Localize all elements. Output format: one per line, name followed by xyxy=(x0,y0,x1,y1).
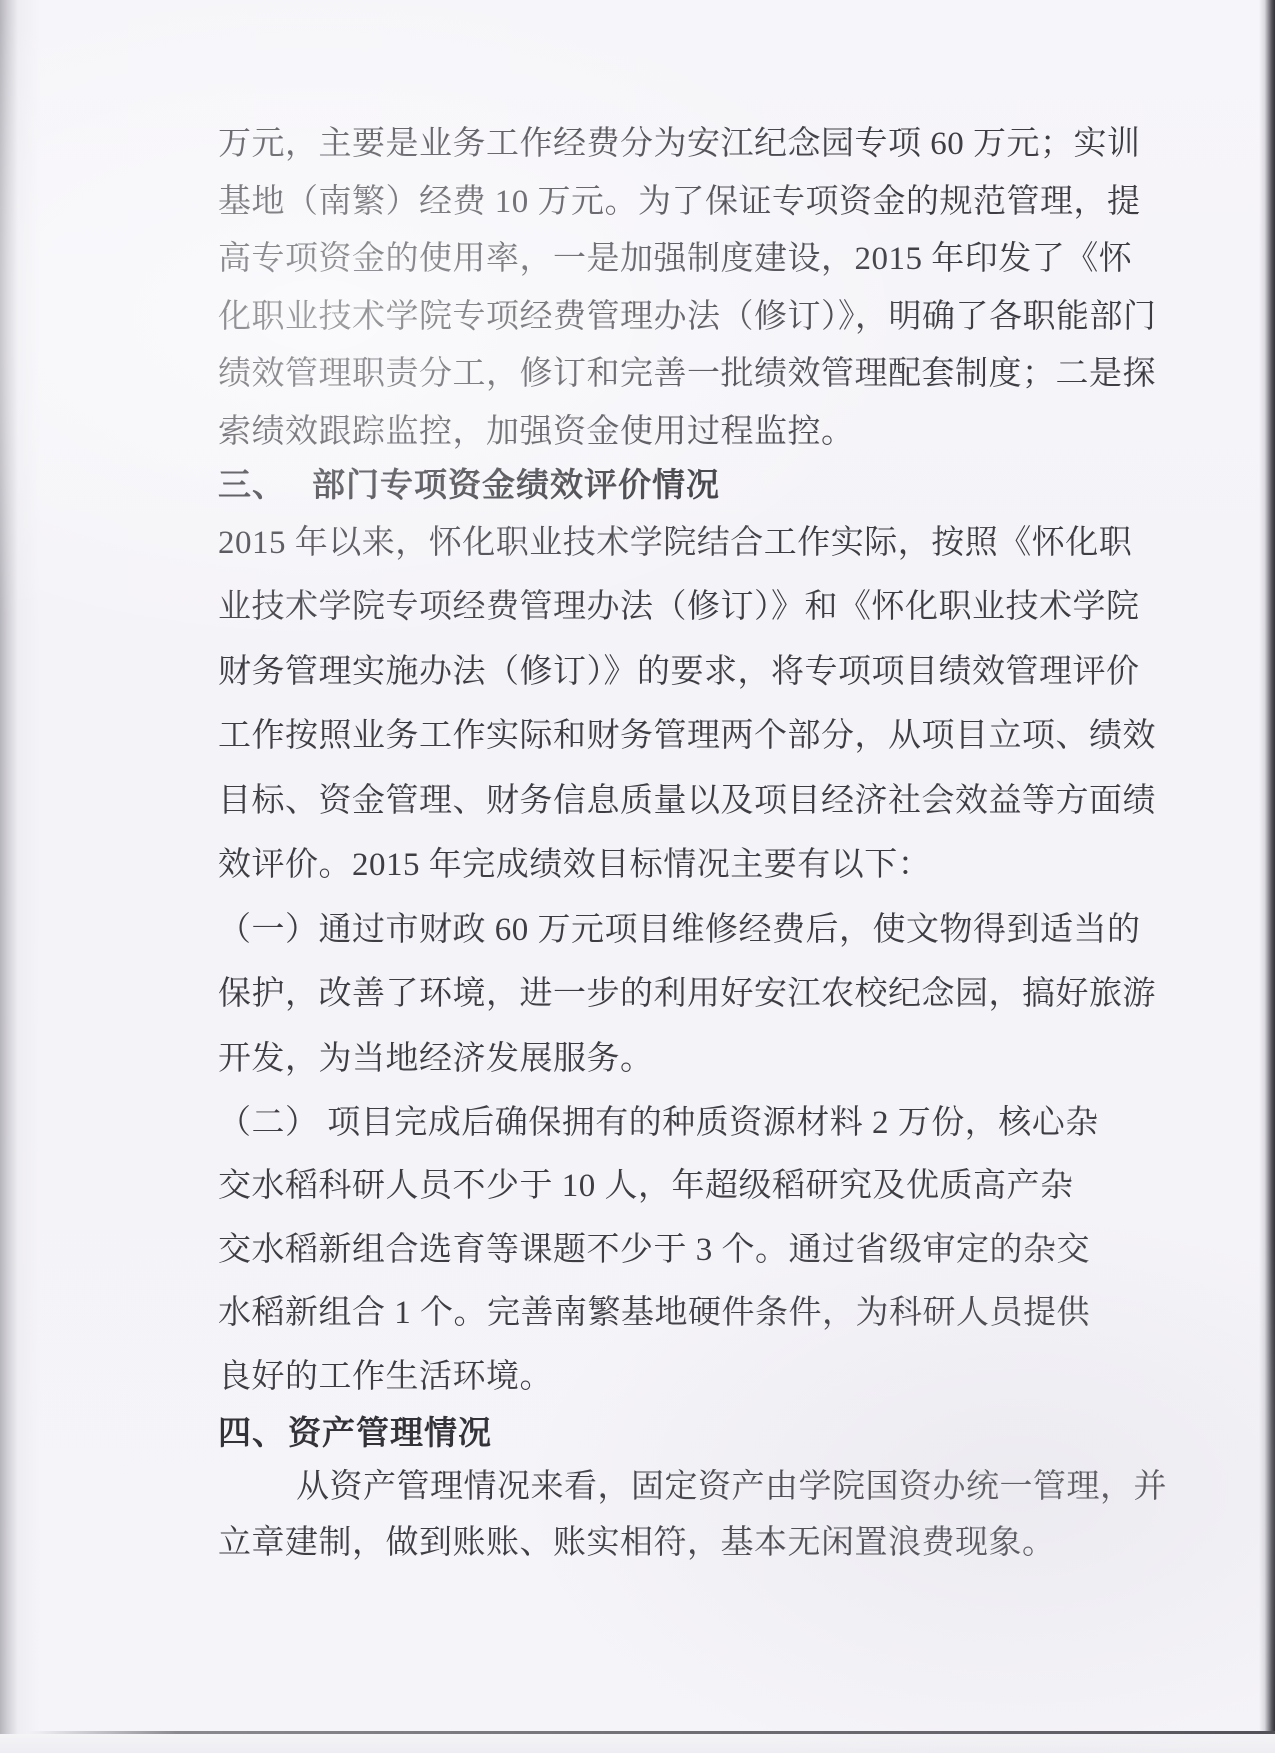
section-heading-4: 四、 资产管理情况 xyxy=(218,1405,1123,1455)
text-line: （一）通过市财政 60 万元项目维修经费后，使文物得到适当的 xyxy=(218,894,1123,959)
paragraph-item-one: （一）通过市财政 60 万元项目维修经费后，使文物得到适当的 保护，改善了环境，… xyxy=(218,894,1123,1088)
text-line: 目标、资金管理、财务信息质量以及项目经济社会效益等方面绩 xyxy=(218,765,1123,830)
heading-title: 部门专项资金绩效评价情况 xyxy=(312,459,720,506)
scan-right-edge xyxy=(1259,0,1275,1753)
heading-title: 资产管理情况 xyxy=(288,1407,492,1454)
text-line: 高专项资金的使用率，一是加强制度建设，2015 年印发了《怀 xyxy=(218,227,1123,285)
text-line: （二） 项目完成后确保拥有的种质资源材料 2 万份，核心杂 xyxy=(218,1088,1123,1152)
scanned-document-page: 万元，主要是业务工作经费分为安江纪念园专项 60 万元；实训 基地（南繁）经费 … xyxy=(0,0,1275,1753)
text-line: 立章建制，做到账账、账实相符，基本无闲置浪费现象。 xyxy=(218,1511,1123,1567)
heading-number: 三、 xyxy=(218,459,286,506)
text-line: 交水稻科研人员不少于 10 人，年超级稻研究及优质高产杂 xyxy=(218,1151,1123,1215)
document-content: 万元，主要是业务工作经费分为安江纪念园专项 60 万元；实训 基地（南繁）经费 … xyxy=(218,112,1123,1567)
text-line: 业技术学院专项经费管理办法（修订）》和《怀化职业技术学院 xyxy=(218,572,1123,637)
text-line: 财务管理实施办法（修订）》的要求，将专项项目绩效管理评价 xyxy=(218,636,1123,701)
text-line: 从资产管理情况来看，固定资产由学院国资办统一管理，并 xyxy=(218,1455,1123,1511)
paragraph-funding-overview: 万元，主要是业务工作经费分为安江纪念园专项 60 万元；实训 基地（南繁）经费 … xyxy=(218,112,1123,457)
heading-number: 四、 xyxy=(218,1407,286,1454)
text-line: 交水稻新组合选育等课题不少于 3 个。通过省级审定的杂交 xyxy=(218,1215,1123,1279)
text-line: 良好的工作生活环境。 xyxy=(218,1342,1123,1406)
text-line: 水稻新组合 1 个。完善南繁基地硬件条件，为科研人员提供 xyxy=(218,1278,1123,1342)
text-line: 2015 年以来，怀化职业技术学院结合工作实际，按照《怀化职 xyxy=(218,507,1123,572)
text-line: 基地（南繁）经费 10 万元。为了保证专项资金的规范管理，提 xyxy=(218,170,1123,228)
paragraph-asset-management: 从资产管理情况来看，固定资产由学院国资办统一管理，并 立章建制，做到账账、账实相… xyxy=(218,1455,1123,1567)
text-line: 保护，改善了环境，进一步的利用好安江农校纪念园，搞好旅游 xyxy=(218,959,1123,1024)
paragraph-performance-evaluation: 2015 年以来，怀化职业技术学院结合工作实际，按照《怀化职 业技术学院专项经费… xyxy=(218,507,1123,894)
paragraph-item-two: （二） 项目完成后确保拥有的种质资源材料 2 万份，核心杂 交水稻科研人员不少于… xyxy=(218,1088,1123,1406)
text-line: 开发，为当地经济发展服务。 xyxy=(218,1023,1123,1088)
text-line: 索绩效跟踪监控，加强资金使用过程监控。 xyxy=(218,400,1123,458)
text-line: 化职业技术学院专项经费管理办法（修订）》，明确了各职能部门 xyxy=(218,285,1123,343)
text-line: 万元，主要是业务工作经费分为安江纪念园专项 60 万元；实训 xyxy=(218,112,1123,170)
section-heading-3: 三、 部门专项资金绩效评价情况 xyxy=(218,457,1123,507)
text-line: 效评价。2015 年完成绩效目标情况主要有以下： xyxy=(218,830,1123,895)
scan-left-edge xyxy=(0,0,40,1753)
text-line: 工作按照业务工作实际和财务管理两个部分，从项目立项、绩效 xyxy=(218,701,1123,766)
text-line: 绩效管理职责分工，修订和完善一批绩效管理配套制度；二是探 xyxy=(218,342,1123,400)
scan-bottom-strip xyxy=(0,1734,1275,1753)
